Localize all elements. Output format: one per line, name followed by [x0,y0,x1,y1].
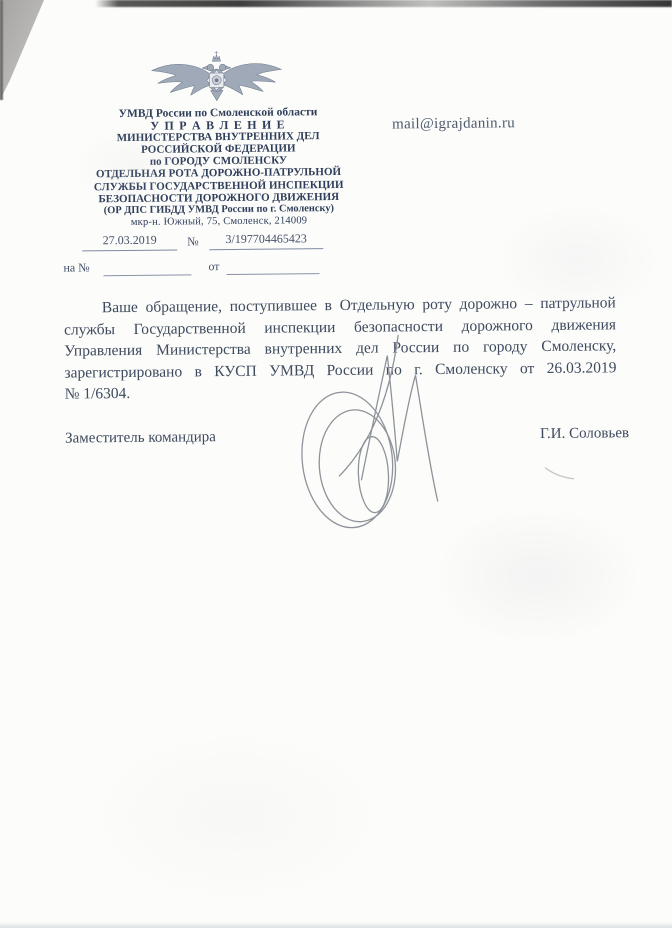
outgoing-date: 27.03.2019 [82,233,177,252]
signer-name: Г.И. Соловьев [540,425,629,443]
recipient-email: mail@igrajdanin.ru [392,115,515,133]
handwritten-signature [288,329,450,543]
outgoing-number: 3/197704465423 [209,231,323,250]
pencil-mark [541,460,577,486]
number-sign-label: № [187,234,199,249]
reply-to-number-label: на № [63,260,89,275]
letterhead: УМВД России по Смоленской области У П Р … [66,106,371,230]
reply-from-date-blank [226,258,319,275]
scanned-letter-page: УМВД России по Смоленской области У П Р … [0,0,672,928]
mvd-double-headed-eagle-icon [147,46,286,103]
letter-content: УМВД России по Смоленской области У П Р … [0,0,672,928]
reply-from-date-label: от [208,259,219,274]
signer-position: Заместитель командира [65,429,216,447]
reply-to-number-blank [103,259,191,276]
